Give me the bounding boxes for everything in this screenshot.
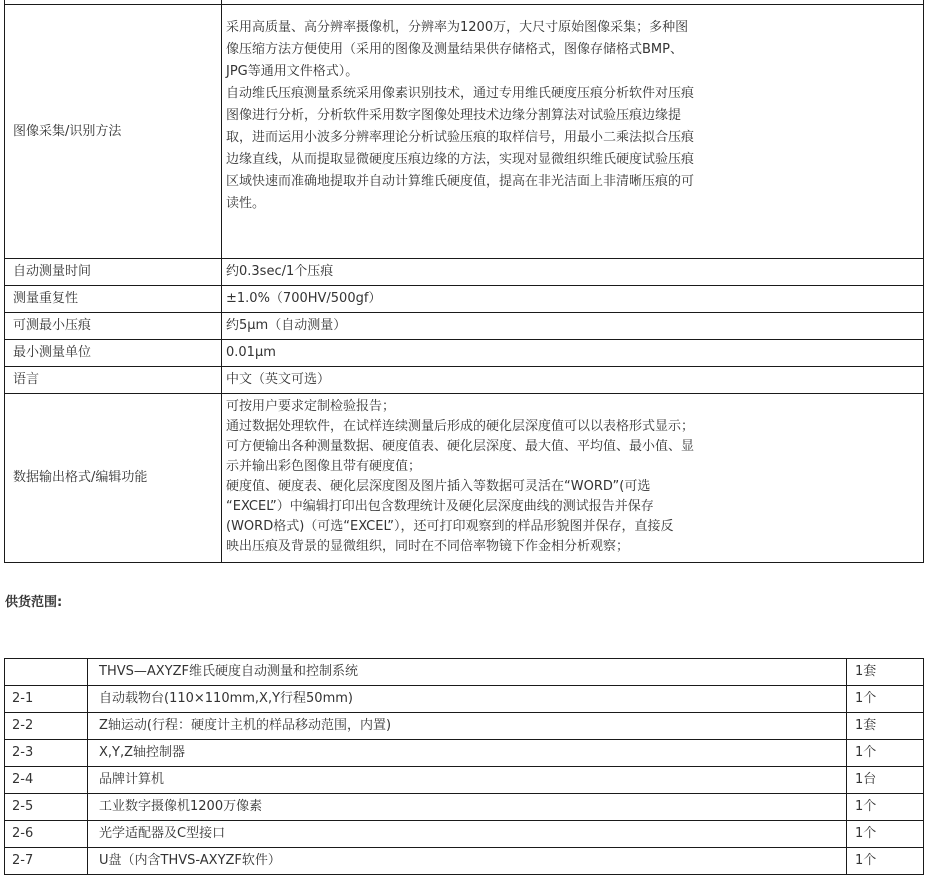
supply-item-description: U盘（内含THVS-AXYZF软件）: [88, 848, 847, 875]
supply-item-number: 2-3: [5, 740, 88, 767]
spec-value: 可按用户要求定制检验报告； 通过数据处理软件，在试样连续测量后形成的硬化层深度值…: [222, 394, 924, 563]
spec-value-line: 采用高质量、高分辨率摄像机，分辨率为1200万，大尺寸原始图像采集；多种图: [226, 17, 923, 39]
spec-value-line: 读性。: [226, 193, 923, 215]
supply-row: 2-7 U盘（内含THVS-AXYZF软件） 1个: [5, 848, 924, 875]
supply-item-quantity: 1套: [847, 713, 924, 740]
supply-row: 2-4 品牌计算机 1台: [5, 767, 924, 794]
supply-item-description: 品牌计算机: [88, 767, 847, 794]
spec-value-line: 区域快速而准确地提取并自动计算维氏硬度值，提高在非光洁面上非清晰压痕的可: [226, 171, 923, 193]
supply-row: 2-5 工业数字摄像机1200万像素 1个: [5, 794, 924, 821]
spec-row-measure-time: 自动测量时间 约0.3sec/1个压痕: [5, 259, 924, 286]
supply-row: 2-3 X,Y,Z轴控制器 1个: [5, 740, 924, 767]
spec-row-language: 语言 中文（英文可选）: [5, 367, 924, 394]
spec-value: 0.01μm: [222, 340, 924, 367]
spec-value-line: “EXCEL”）中编辑打印出包含数理统计及硬化层深度曲线的测试报告并保存: [226, 497, 923, 517]
supply-item-description: THVS—AXYZF维氏硬度自动测量和控制系统: [88, 659, 847, 686]
spec-label: 语言: [5, 367, 222, 394]
spec-value-line: 边缘直线，从而提取显微硬度压痕边缘的方法，实现对显微组织维氏硬度试验压痕: [226, 149, 923, 171]
spec-value: ±1.0%（700HV/500gf）: [222, 286, 924, 313]
spec-label: 可测最小压痕: [5, 313, 222, 340]
spec-value-line: 示并输出彩色图像且带有硬度值；: [226, 457, 923, 477]
supply-item-quantity: 1个: [847, 821, 924, 848]
supply-row: 2-6 光学适配器及C型接口 1个: [5, 821, 924, 848]
spec-row-min-indentation: 可测最小压痕 约5μm（自动测量）: [5, 313, 924, 340]
spec-row-min-unit: 最小测量单位 0.01μm: [5, 340, 924, 367]
spec-value-line: 可按用户要求定制检验报告；: [226, 397, 923, 417]
spec-value: 约0.3sec/1个压痕: [222, 259, 924, 286]
supply-item-number: 2-5: [5, 794, 88, 821]
spec-value: 中文（英文可选）: [222, 367, 924, 394]
supply-item-description: 光学适配器及C型接口: [88, 821, 847, 848]
spec-label: 自动测量时间: [5, 259, 222, 286]
spec-row-data-output: 数据输出格式/编辑功能 可按用户要求定制检验报告； 通过数据处理软件，在试样连续…: [5, 394, 924, 563]
supply-item-number: 2-1: [5, 686, 88, 713]
spec-value-line: 通过数据处理软件，在试样连续测量后形成的硬化层深度值可以以表格形式显示；: [226, 417, 923, 437]
spec-value-line: 自动维氏压痕测量系统采用像素识别技术，通过专用维氏硬度压痕分析软件对压痕: [226, 83, 923, 105]
supply-item-quantity: 1个: [847, 848, 924, 875]
spec-value-line: 图像进行分析，分析软件采用数字图像处理技术边缘分割算法对试验压痕边缘提: [226, 105, 923, 127]
spec-table: 图像采集/识别方法 采用高质量、高分辨率摄像机，分辨率为1200万，大尺寸原始图…: [4, 0, 924, 563]
spec-value: 采用高质量、高分辨率摄像机，分辨率为1200万，大尺寸原始图像采集；多种图 像压…: [222, 5, 924, 259]
spec-value-line: 映出压痕及背景的显微组织，同时在不同倍率物镜下作金相分析观察；: [226, 537, 923, 557]
spec-value-line: 像压缩方法方便使用（采用的图像及测量结果供存储格式，图像存储格式BMP、: [226, 39, 923, 61]
spec-value-line: 可方便输出各种测量数据、硬度值表、硬化层深度、最大值、平均值、最小值、显: [226, 437, 923, 457]
supply-row: THVS—AXYZF维氏硬度自动测量和控制系统 1套: [5, 659, 924, 686]
supply-item-quantity: 1个: [847, 740, 924, 767]
supply-item-description: 工业数字摄像机1200万像素: [88, 794, 847, 821]
supply-item-quantity: 1个: [847, 794, 924, 821]
spec-row-repeatability: 测量重复性 ±1.0%（700HV/500gf）: [5, 286, 924, 313]
spec-value: 约5μm（自动测量）: [222, 313, 924, 340]
supply-item-quantity: 1台: [847, 767, 924, 794]
spec-value-line: (WORD格式)（可选“EXCEL”），还可打印观察到的样品形貌图并保存，直接反: [226, 517, 923, 537]
supply-item-quantity: 1套: [847, 659, 924, 686]
supply-scope-heading: 供货范围:: [5, 591, 62, 610]
spec-label: 图像采集/识别方法: [5, 5, 222, 259]
supply-row: 2-1 自动载物台(110×110mm,X,Y行程50mm) 1个: [5, 686, 924, 713]
supply-item-number: 2-7: [5, 848, 88, 875]
spec-value-line: 硬度值、硬度表、硬化层深度图及图片插入等数据可灵活在“WORD”(可选: [226, 477, 923, 497]
spec-label: 测量重复性: [5, 286, 222, 313]
supply-table: THVS—AXYZF维氏硬度自动测量和控制系统 1套 2-1 自动载物台(110…: [4, 658, 924, 875]
supply-item-description: X,Y,Z轴控制器: [88, 740, 847, 767]
supply-row: 2-2 Z轴运动(行程：硬度计主机的样品移动范围，内置) 1套: [5, 713, 924, 740]
supply-item-number: 2-2: [5, 713, 88, 740]
supply-item-number: 2-6: [5, 821, 88, 848]
spec-label: 数据输出格式/编辑功能: [5, 394, 222, 563]
supply-item-number: [5, 659, 88, 686]
supply-item-quantity: 1个: [847, 686, 924, 713]
supply-item-number: 2-4: [5, 767, 88, 794]
spec-label: 最小测量单位: [5, 340, 222, 367]
spec-row-image-acquisition: 图像采集/识别方法 采用高质量、高分辨率摄像机，分辨率为1200万，大尺寸原始图…: [5, 5, 924, 259]
supply-item-description: 自动载物台(110×110mm,X,Y行程50mm): [88, 686, 847, 713]
spec-value-line: JPG等通用文件格式）。: [226, 61, 923, 83]
spec-value-line: 取，进而运用小波多分辨率理论分析试验压痕的取样信号，用最小二乘法拟合压痕: [226, 127, 923, 149]
supply-item-description: Z轴运动(行程：硬度计主机的样品移动范围，内置): [88, 713, 847, 740]
